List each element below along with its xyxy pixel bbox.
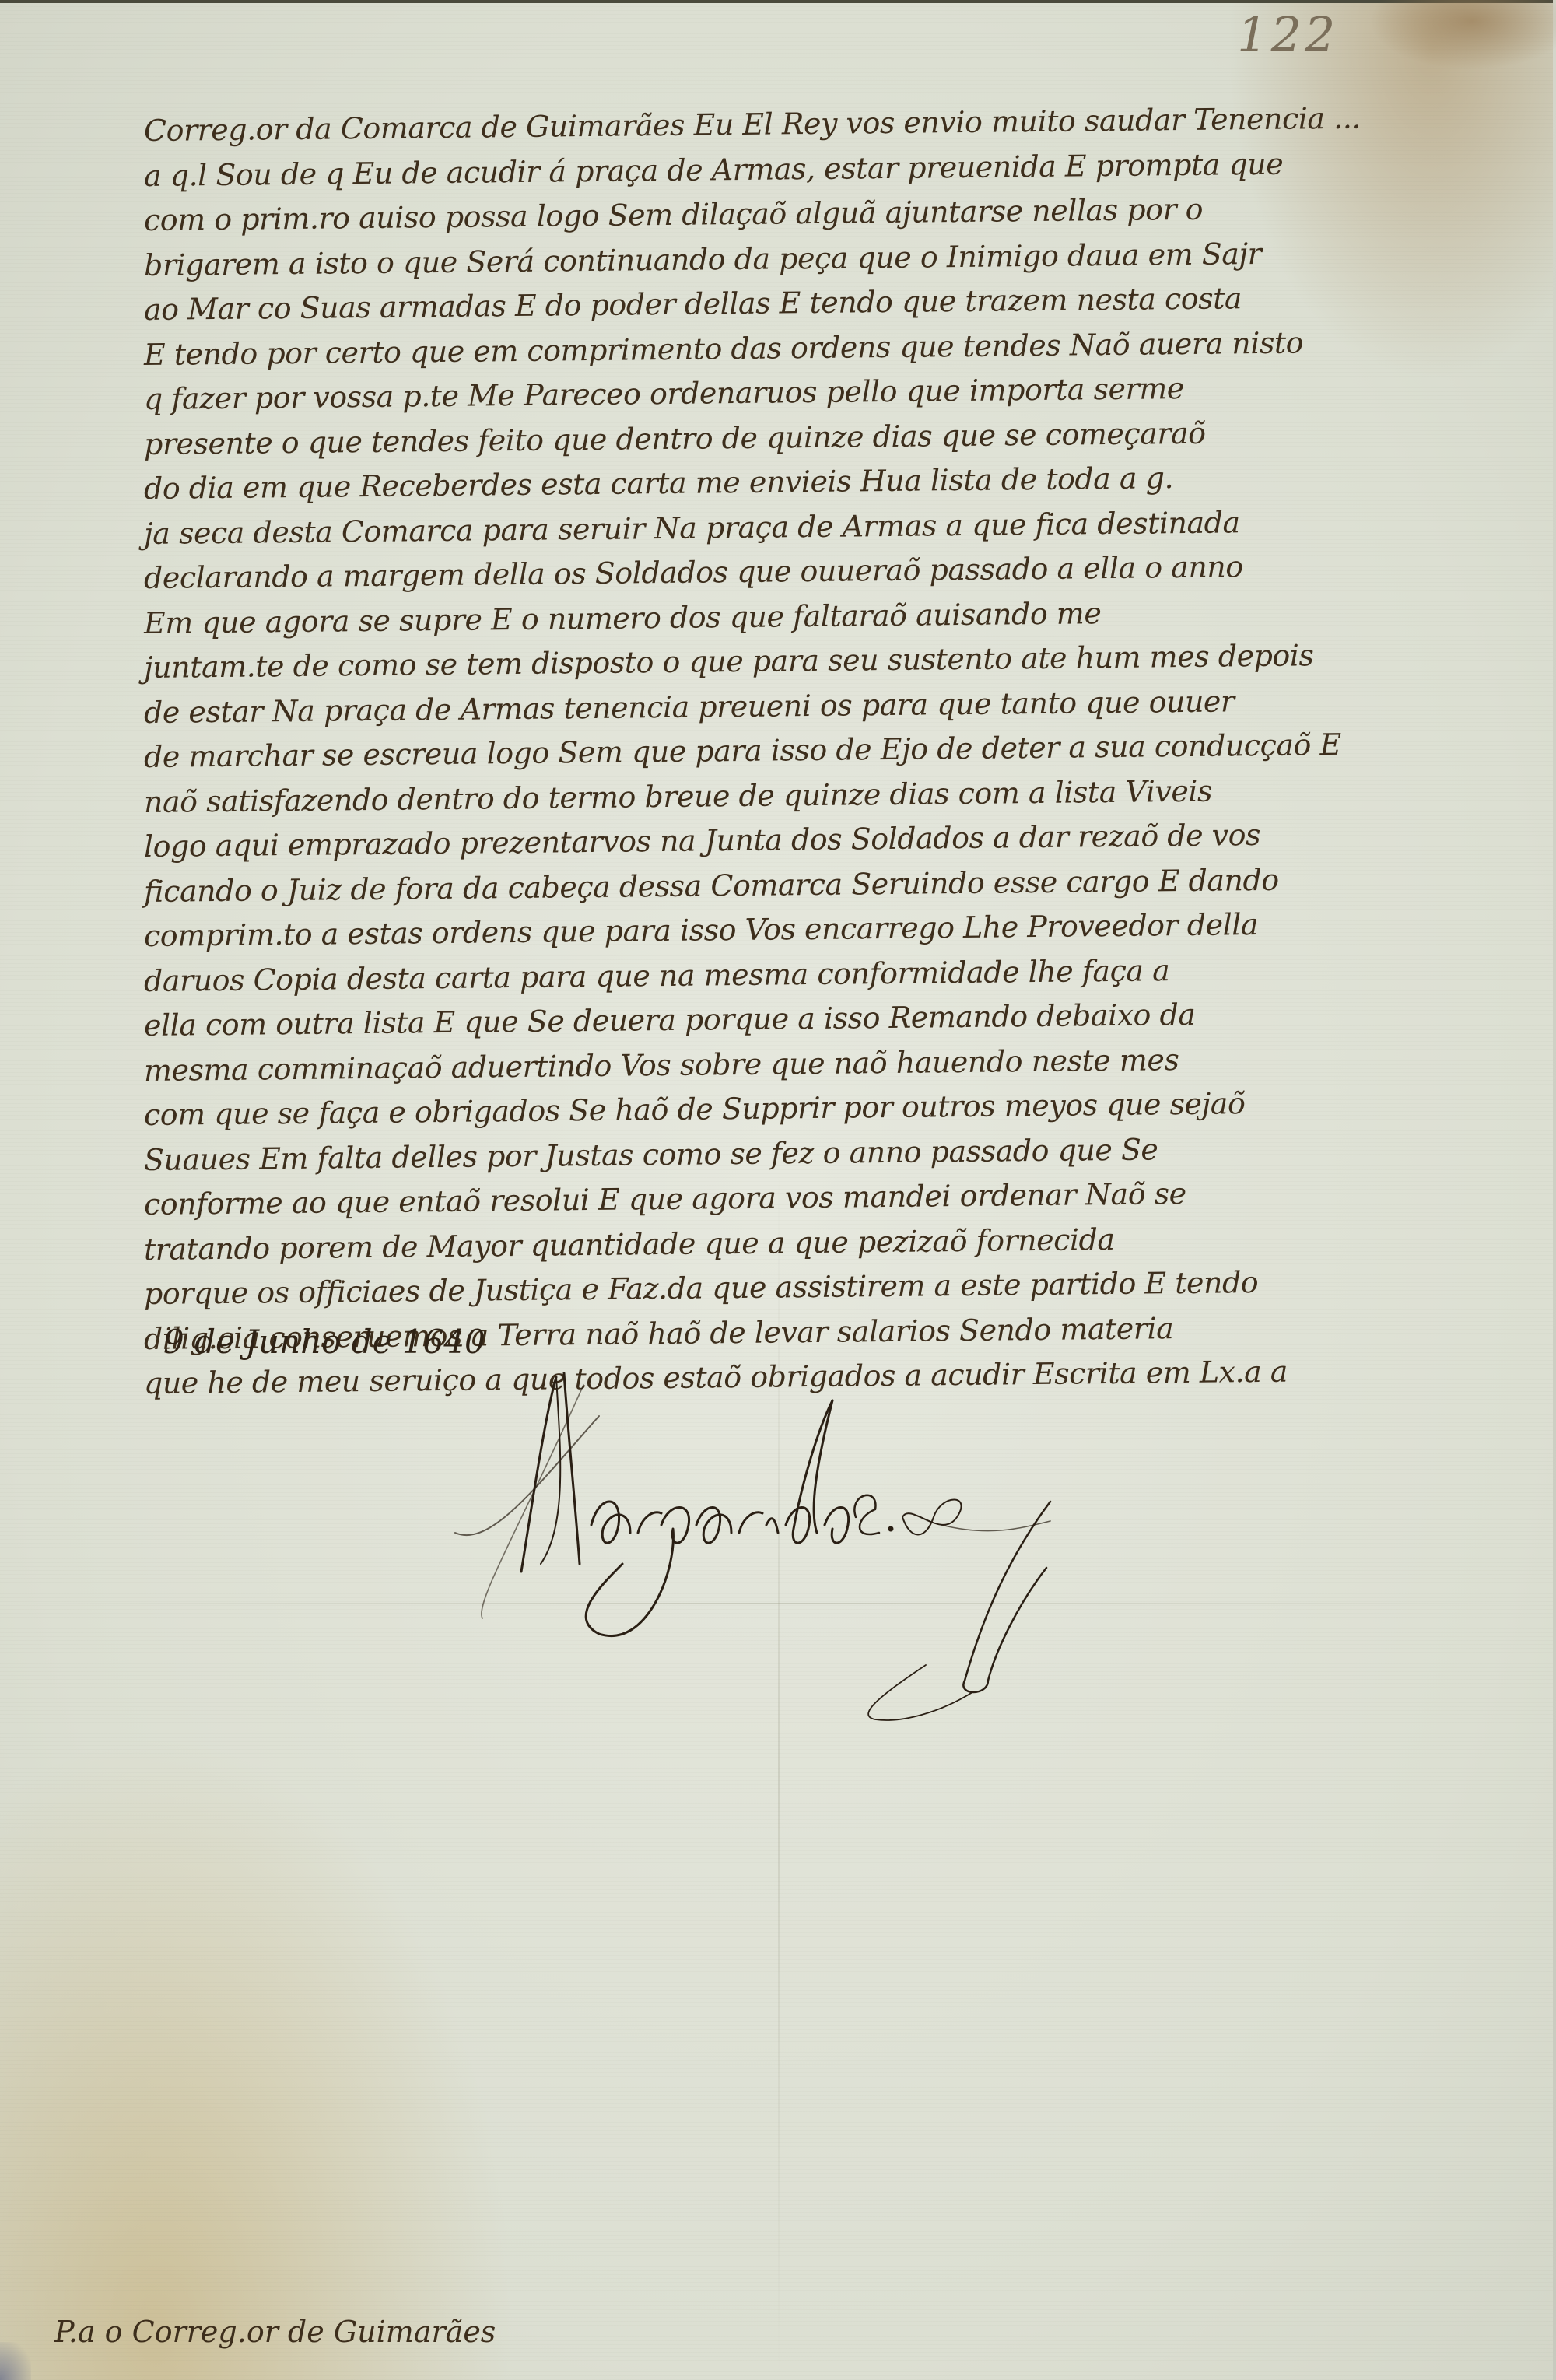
ink-stain [1369,0,1556,70]
page-top-edge [0,0,1556,3]
folio-number: 122 [1237,6,1338,63]
corner-shadow [0,2342,31,2380]
date-line: 9 de Junho de 1640 [163,1323,485,1361]
letter-body: Correg.or da Comarca de Guimarães Eu El … [144,109,1529,1407]
address-note: P.a o Correg.or de Guimarães [54,2315,496,2349]
page-right-edge [1553,0,1556,2380]
manuscript-page: 122 Correg.or da Comarca de Guimarães Eu… [0,0,1556,2380]
royal-signature [443,1369,1455,1743]
signature-flourish-icon [443,1369,1455,1743]
